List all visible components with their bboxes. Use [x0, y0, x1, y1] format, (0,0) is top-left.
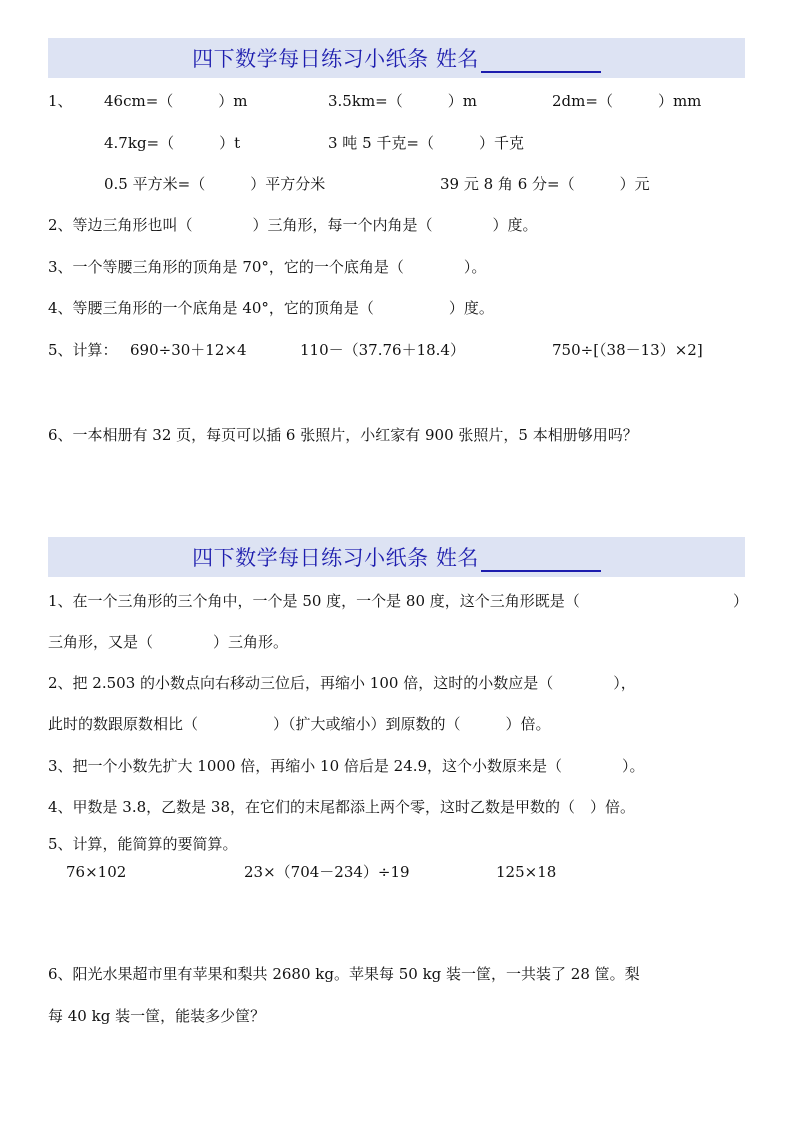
s2-question-1-line2: 三角形，又是（ ）三角形。	[48, 632, 288, 652]
sheet1-header-banner: 四下数学每日练习小纸条 姓名	[48, 38, 745, 78]
s2-question-6-line1: 6、阳光水果超市里有苹果和梨共 2680 kg。苹果每 50 kg 装一筐，一共…	[48, 964, 640, 984]
s2-question-6-line2: 每 40 kg 装一筐，能装多少筐？	[48, 1006, 265, 1026]
s2-question-4: 4、甲数是 3.8，乙数是 38，在它们的末尾都添上两个零，这时乙数是甲数的（ …	[48, 797, 635, 817]
q1-item: 39 元 8 角 6 分=（ ）元	[440, 174, 650, 194]
q1-item: 0.5 平方米=（ ）平方分米	[104, 174, 325, 194]
sheet2-title: 四下数学每日练习小纸条 姓名	[192, 542, 601, 572]
q1-item: 46cm=（ ）m	[104, 91, 248, 111]
s2-question-5-label: 5、计算，能简算的要简算。	[48, 834, 238, 854]
sheet2-title-text: 四下数学每日练习小纸条 姓名	[192, 542, 479, 572]
name-blank-line	[481, 49, 601, 73]
q1-number: 1、	[48, 91, 73, 111]
calc-expression: 750÷[（38－13）×2]	[552, 340, 703, 360]
s2-question-1-close-paren: ）	[733, 591, 748, 611]
s2-question-2-line1: 2、把 2.503 的小数点向右移动三位后，再缩小 100 倍，这时的小数应是（…	[48, 673, 636, 693]
s2-question-2-line2: 此时的数跟原数相比（ ）（扩大或缩小）到原数的（ ）倍。	[48, 714, 551, 734]
name-blank-line	[481, 548, 601, 572]
s2-question-3: 3、把一个小数先扩大 1000 倍，再缩小 10 倍后是 24.9，这个小数原来…	[48, 756, 645, 776]
q1-item: 3 吨 5 千克=（ ）千克	[328, 133, 524, 153]
calc-expression: 125×18	[496, 862, 556, 882]
q1-item: 4.7kg=（ ）t	[104, 133, 240, 153]
question-3: 3、一个等腰三角形的顶角是 70°，它的一个底角是（ ）。	[48, 257, 486, 277]
calc-expression: 110－（37.76＋18.4）	[300, 340, 465, 360]
sheet1-title-text: 四下数学每日练习小纸条 姓名	[192, 43, 479, 73]
calc-expression: 76×102	[66, 862, 126, 882]
q1-item: 2dm=（ ）mm	[552, 91, 701, 111]
question-2: 2、等边三角形也叫（ ）三角形，每一个内角是（ ）度。	[48, 215, 538, 235]
question-6: 6、一本相册有 32 页，每页可以插 6 张照片，小红家有 900 张照片，5 …	[48, 425, 638, 445]
sheet1-title: 四下数学每日练习小纸条 姓名	[192, 43, 601, 73]
sheet2-header-banner: 四下数学每日练习小纸条 姓名	[48, 537, 745, 577]
calc-expression: 23×（704－234）÷19	[244, 862, 410, 882]
question-4: 4、等腰三角形的一个底角是 40°，它的顶角是（ ）度。	[48, 298, 494, 318]
question-5-label: 5、计算：	[48, 340, 118, 360]
calc-expression: 690÷30＋12×4	[130, 340, 247, 360]
s2-question-1-line1: 1、在一个三角形的三个角中，一个是 50 度，一个是 80 度，这个三角形既是（	[48, 591, 580, 611]
q1-item: 3.5km=（ ）m	[328, 91, 477, 111]
